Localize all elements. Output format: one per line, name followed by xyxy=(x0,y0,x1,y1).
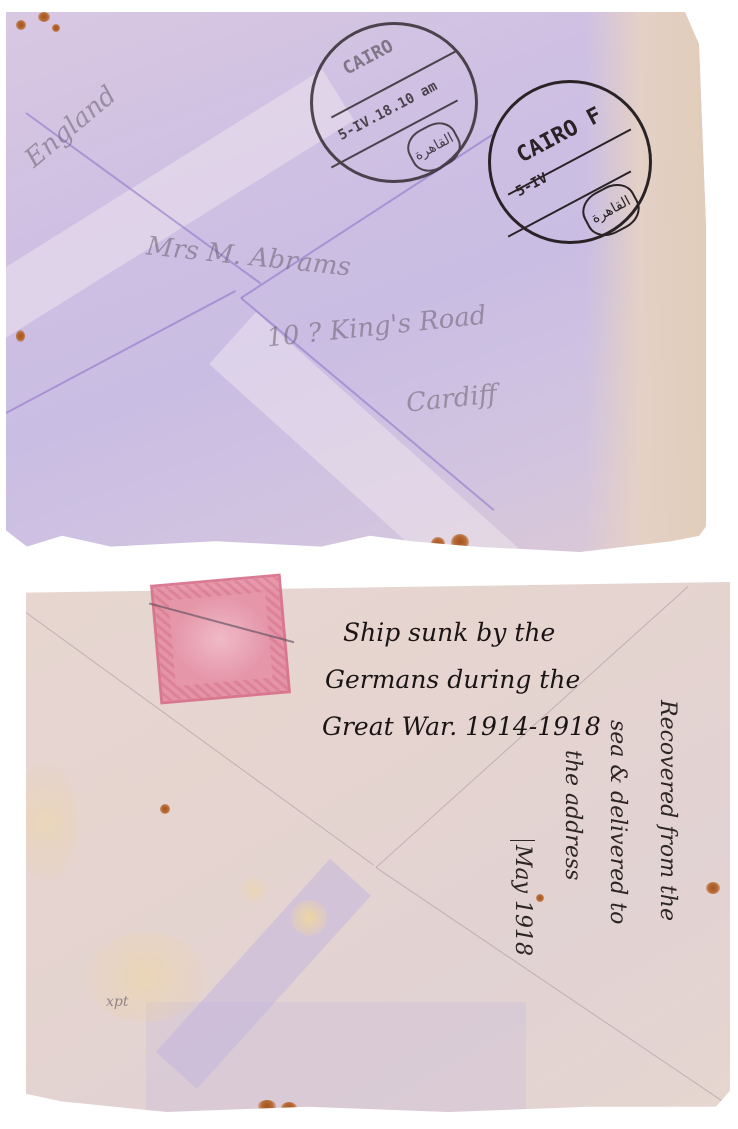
side-note-line-3: the address xyxy=(560,750,585,880)
side-note-line-1: Recovered from the xyxy=(655,700,680,921)
rust-stain xyxy=(706,882,720,894)
side-note-date: May 1918 xyxy=(510,840,535,956)
rust-stain xyxy=(38,12,50,22)
rust-stain xyxy=(451,534,469,550)
rust-stain xyxy=(258,1100,276,1112)
note-line-2: Germans during the xyxy=(325,665,580,694)
address-country: England xyxy=(19,80,122,173)
postage-stamp xyxy=(150,574,291,705)
ink-transfer-band xyxy=(146,1002,526,1112)
rust-stain xyxy=(160,804,170,814)
rust-stain xyxy=(16,20,26,30)
postmark-city: CAIRO xyxy=(339,36,397,80)
postmark: CAIRO F 5-IV القاهرة xyxy=(488,80,652,244)
address-city: Cardiff xyxy=(405,379,499,418)
water-stain xyxy=(291,900,327,936)
rust-stain xyxy=(281,1102,297,1112)
rust-stain xyxy=(52,24,60,32)
stamp-design xyxy=(168,592,272,686)
water-stain xyxy=(86,932,206,1022)
side-note-line-2: sea & delivered to xyxy=(605,720,630,924)
rust-stain xyxy=(16,330,25,342)
water-stain xyxy=(241,877,267,903)
flap-fold-band xyxy=(209,312,553,552)
postmark-city: CAIRO F xyxy=(513,103,607,169)
address-street: 10 ? King's Road xyxy=(265,301,488,354)
flap-fold-band xyxy=(6,69,354,342)
postmark-date: 5-IV xyxy=(513,170,550,200)
rust-stain xyxy=(536,894,544,902)
postmark: CAIRO 5-IV.18.10 am القاهرة xyxy=(310,22,478,183)
pencil-mark: xpt xyxy=(106,994,128,1010)
water-stain xyxy=(26,762,76,882)
rust-stain xyxy=(431,537,445,551)
note-line-1: Ship sunk by the xyxy=(343,618,555,647)
note-line-3: Great War. 1914-1918 xyxy=(322,712,601,741)
